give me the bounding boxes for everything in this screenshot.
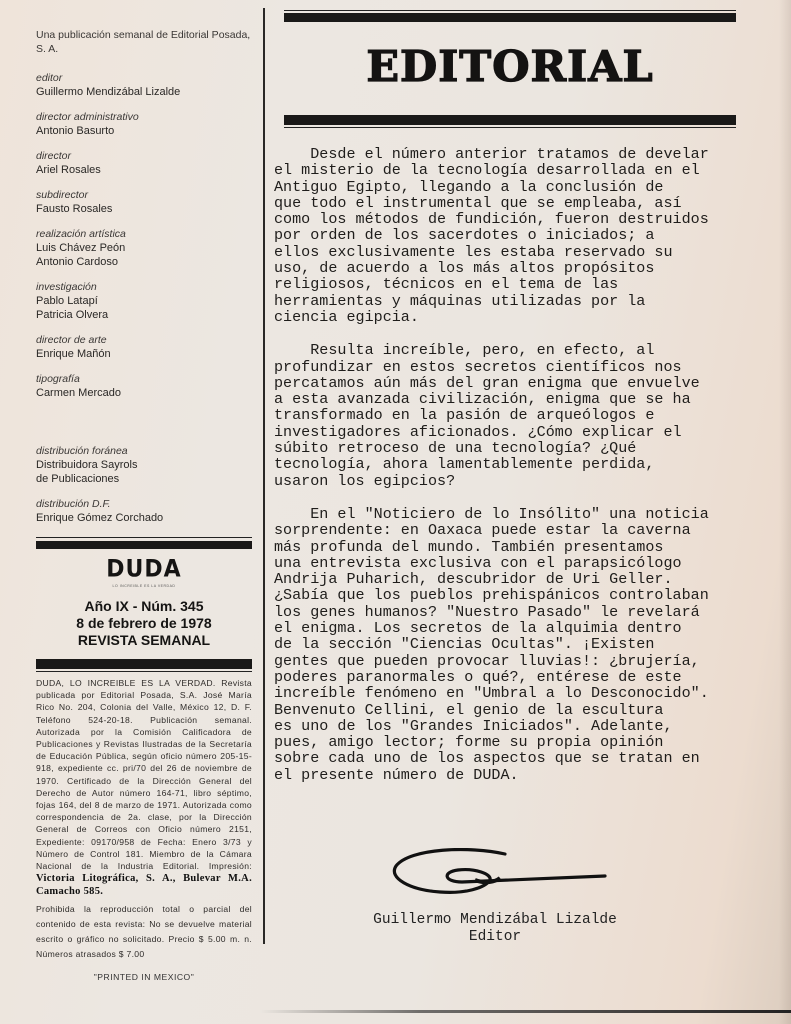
printer-name: Victoria Litográfica, S. A., Bulevar M.A… xyxy=(36,873,252,897)
credit-entry: realización artísticaLuis Chávez PeónAnt… xyxy=(36,228,252,269)
credits-list: editorGuillermo Mendizábal Lizaldedirect… xyxy=(36,72,252,525)
header-bar xyxy=(284,13,736,22)
editorial-title: EDITORIAL xyxy=(279,36,740,98)
legal-text: DUDA, LO INCREIBLE ES LA VERDAD. Revista… xyxy=(36,678,252,871)
credit-entry: distribución D.F.Enrique Gómez Corchado xyxy=(36,498,252,525)
credit-name: Carmen Mercado xyxy=(36,386,252,400)
reproduction-notice: Prohibida la reproducción total o parcia… xyxy=(36,902,252,963)
duda-logo: DUDA xyxy=(36,556,252,584)
credit-role: director de arte xyxy=(36,334,252,347)
issue-date: 8 de febrero de 1978 xyxy=(36,615,252,632)
editorial-paragraph: Desde el número anterior tratamos de dev… xyxy=(274,146,754,325)
credit-name: Enrique Mañón xyxy=(36,347,252,361)
masthead: DUDA LO INCREIBLE ES LA VERDAD Año IX - … xyxy=(36,557,252,649)
credit-entry: editorGuillermo Mendizábal Lizalde xyxy=(36,72,252,99)
credit-entry: director de arteEnrique Mañón xyxy=(36,334,252,361)
credit-name: Pablo Latapí xyxy=(36,294,252,308)
credit-entry: director administrativoAntonio Basurto xyxy=(36,111,252,138)
credit-role: director xyxy=(36,150,252,163)
header-rule xyxy=(284,10,736,11)
legal-notice: DUDA, LO INCREIBLE ES LA VERDAD. Revista… xyxy=(36,677,252,899)
credit-name: Fausto Rosales xyxy=(36,202,252,216)
credit-role: distribución D.F. xyxy=(36,498,252,511)
credit-entry: tipografíaCarmen Mercado xyxy=(36,373,252,400)
divider-bar xyxy=(36,541,252,549)
page-edge-shadow xyxy=(779,0,791,1024)
publisher-intro: Una publicación semanal de Editorial Pos… xyxy=(36,28,252,56)
credit-role: distribución foránea xyxy=(36,445,252,458)
credit-entry: subdirectorFausto Rosales xyxy=(36,189,252,216)
divider-bar xyxy=(36,659,252,669)
column-divider xyxy=(263,8,265,944)
credit-name: Luis Chávez Peón xyxy=(36,241,252,255)
signature-block: Guillermo Mendizábal Lizalde Editor xyxy=(300,912,690,946)
printed-in-mexico: "PRINTED IN MEXICO" xyxy=(36,972,252,982)
divider-rule xyxy=(36,537,252,538)
header-rule xyxy=(284,127,736,128)
credits-column: Una publicación semanal de Editorial Pos… xyxy=(36,28,252,982)
divider-rule xyxy=(36,671,252,672)
editorial-paragraph: En el "Noticiero de lo Insólito" una not… xyxy=(274,506,754,783)
issue-number: Año IX - Núm. 345 xyxy=(36,598,252,615)
header-bar xyxy=(284,115,736,125)
credit-entry: distribución foráneaDistribuidora Sayrol… xyxy=(36,445,252,486)
magazine-page: Una publicación semanal de Editorial Pos… xyxy=(0,0,791,1024)
logo-tagline: LO INCREIBLE ES LA VERDAD xyxy=(36,584,252,588)
credit-name: de Publicaciones xyxy=(36,472,252,486)
credit-name: Distribuidora Sayrols xyxy=(36,458,252,472)
credit-role: realización artística xyxy=(36,228,252,241)
credit-name: Patricia Olvera xyxy=(36,308,252,322)
credit-name: Enrique Gómez Corchado xyxy=(36,511,252,525)
credit-entry: directorAriel Rosales xyxy=(36,150,252,177)
credit-name: Guillermo Mendizábal Lizalde xyxy=(36,85,252,99)
credit-role: editor xyxy=(36,72,252,85)
editor-name: Guillermo Mendizábal Lizalde xyxy=(300,912,690,929)
editorial-paragraph: Resulta increíble, pero, en efecto, al p… xyxy=(274,342,754,489)
credit-entry: investigaciónPablo LatapíPatricia Olvera xyxy=(36,281,252,322)
credit-role: director administrativo xyxy=(36,111,252,124)
credit-name: Ariel Rosales xyxy=(36,163,252,177)
credit-name: Antonio Basurto xyxy=(36,124,252,138)
editorial-header: EDITORIAL xyxy=(284,10,736,128)
signature-icon xyxy=(390,848,610,898)
credit-name: Antonio Cardoso xyxy=(36,255,252,269)
publication-type: REVISTA SEMANAL xyxy=(36,632,252,649)
credit-role: subdirector xyxy=(36,189,252,202)
credit-role: investigación xyxy=(36,281,252,294)
credit-role: tipografía xyxy=(36,373,252,386)
editorial-body: Desde el número anterior tratamos de dev… xyxy=(274,146,754,800)
editor-role: Editor xyxy=(300,929,690,946)
page-bottom-edge xyxy=(260,1010,791,1013)
